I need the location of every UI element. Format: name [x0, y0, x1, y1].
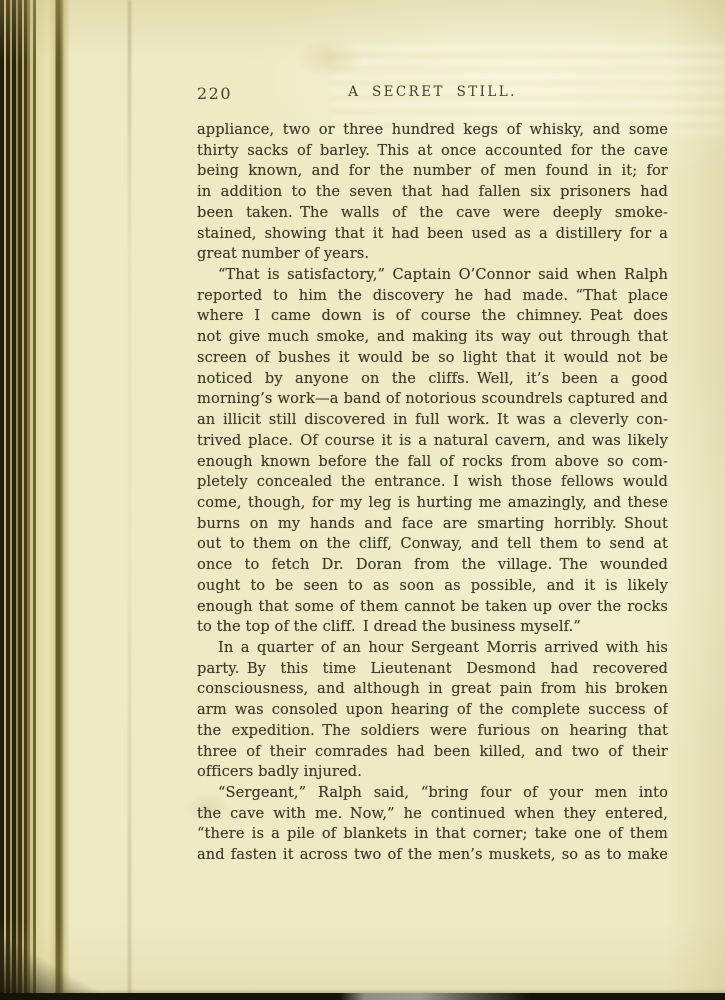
text-line: consciousness, and although in great pai…	[197, 679, 668, 700]
text-line: screen of bushes it would be so light th…	[197, 348, 668, 369]
text-line: morning’s work—a band of notorious scoun…	[197, 389, 668, 410]
text-line: burns on my hands and face are smarting …	[197, 514, 668, 535]
text-line: where I came down is of course the chimn…	[197, 306, 668, 327]
text-line: an illicit still discovered in full work…	[197, 410, 668, 431]
paper-stain	[295, 38, 365, 78]
text-line: enough known before the fall of rocks fr…	[197, 452, 668, 473]
running-title: A SECRET STILL.	[197, 84, 668, 100]
text-line: In a quarter of an hour Sergeant Morris …	[197, 638, 668, 659]
text-line: reported to him the discovery he had mad…	[197, 286, 668, 307]
text-line: the expedition. The soldiers were furiou…	[197, 721, 668, 742]
text-line: come, though, for my leg is hurting me a…	[197, 493, 668, 514]
text-line: enough that some of them cannot be taken…	[197, 597, 668, 618]
page-number: 220	[197, 84, 232, 103]
text-line: once to fetch Dr. Doran from the village…	[197, 555, 668, 576]
body-text: appliance, two or three hundred kegs of …	[197, 120, 668, 866]
text-line: pletely concealed the entrance. I wish t…	[197, 472, 668, 493]
page-header: 220 A SECRET STILL.	[197, 84, 668, 104]
text-line: officers badly injured.	[197, 762, 668, 783]
text-line: ought to be seen to as soon as possible,…	[197, 576, 668, 597]
text-line: and fasten it across two of the men’s mu…	[197, 845, 668, 866]
text-line: thirty sacks of barley. This at once acc…	[197, 141, 668, 162]
scanned-book-page: 220 A SECRET STILL. appliance, two or th…	[0, 0, 725, 1000]
text-line: noticed by anyone on the cliffs. Well, i…	[197, 369, 668, 390]
text-line: out to them on the cliff, Conway, and te…	[197, 534, 668, 555]
text-line: “there is a pile of blankets in that cor…	[197, 824, 668, 845]
text-line: trived place. Of course it is a natural …	[197, 431, 668, 452]
book-page-edges	[0, 0, 70, 1000]
text-line: great number of years.	[197, 244, 668, 265]
text-line: to the top of the cliff. I dread the bus…	[197, 617, 668, 638]
text-line: in addition to the seven that had fallen…	[197, 182, 668, 203]
text-line: three of their comrades had been killed,…	[197, 742, 668, 763]
text-line: appliance, two or three hundred kegs of …	[197, 120, 668, 141]
text-line: “That is satisfactory,” Captain O’Connor…	[197, 265, 668, 286]
book-bottom-edge	[0, 993, 725, 1000]
text-line: party. By this time Lieutenant Desmond h…	[197, 659, 668, 680]
text-line: been taken. The walls of the cave were d…	[197, 203, 668, 224]
page-crease-line	[128, 0, 131, 1000]
text-line: “Sergeant,” Ralph said, “bring four of y…	[197, 783, 668, 804]
text-line: stained, showing that it had been used a…	[197, 224, 668, 245]
text-line: being known, and for the number of men f…	[197, 161, 668, 182]
text-line: arm was consoled upon hearing of the com…	[197, 700, 668, 721]
text-line: not give much smoke, and making its way …	[197, 327, 668, 348]
text-line: the cave with me. Now,” he continued whe…	[197, 804, 668, 825]
